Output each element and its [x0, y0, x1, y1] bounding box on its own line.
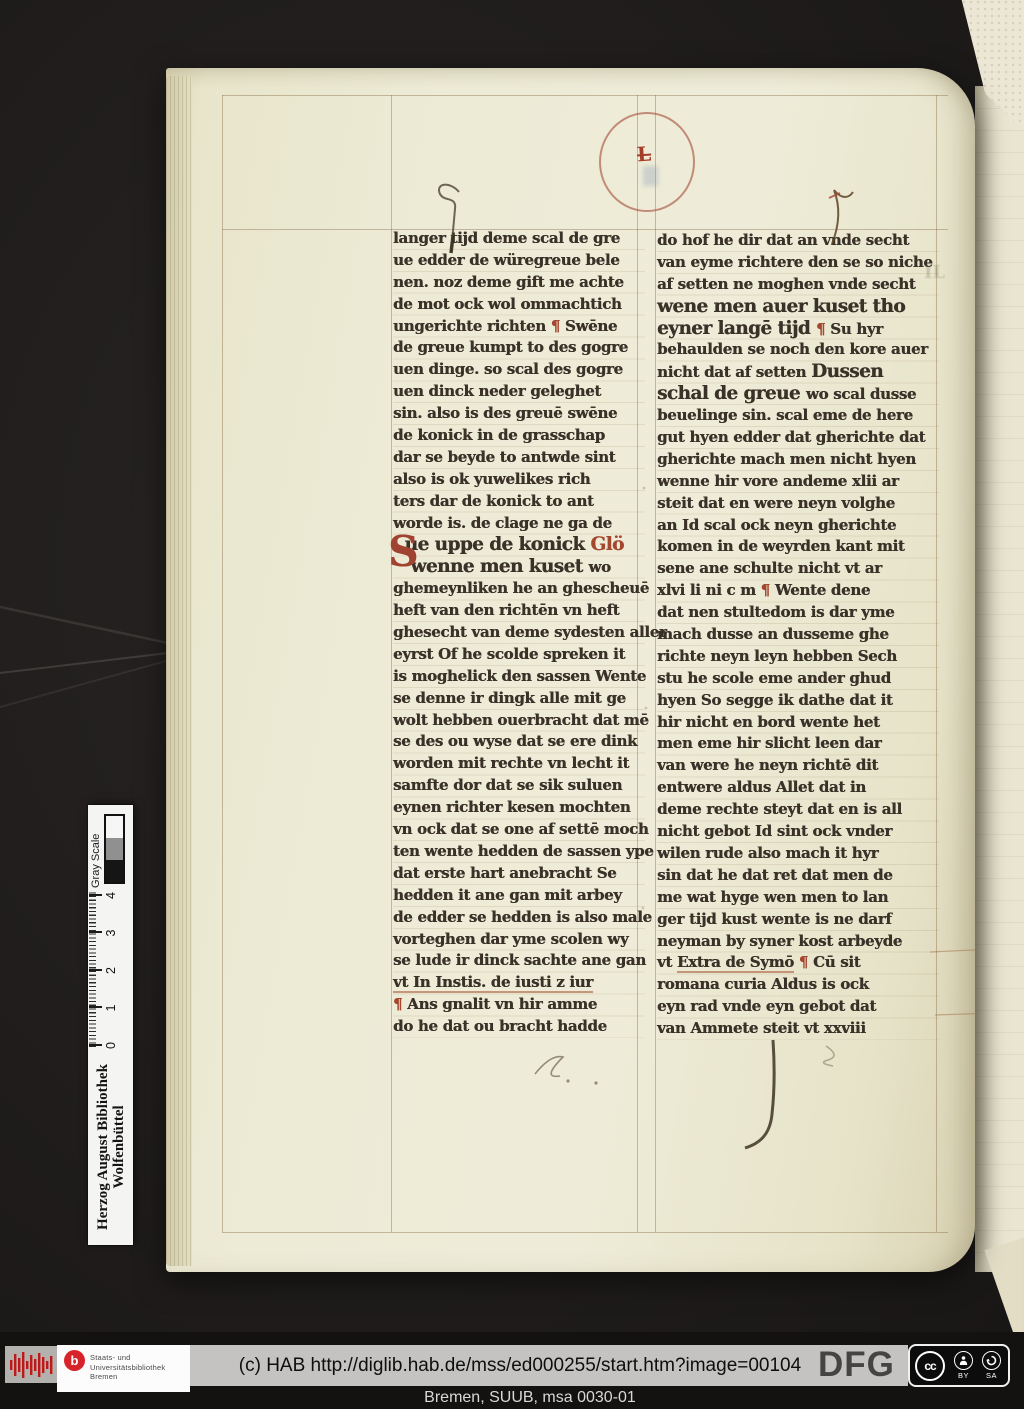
suub-bremen-logo: b Staats- und Universitätsbibliothek Bre… [57, 1345, 190, 1392]
gray-scale-label: Gray Scale [90, 805, 102, 888]
bremen-b-icon: b [64, 1350, 85, 1371]
ruler-cm-mark: 4 [89, 892, 118, 896]
bremen-logo-line1: Staats- und [90, 1353, 165, 1363]
facing-page-sliver [975, 86, 1024, 1272]
bremen-logo-line2: Universitätsbibliothek [90, 1363, 165, 1373]
cc-icon: cc [915, 1351, 945, 1381]
cc-by-label: BY [958, 1371, 969, 1380]
dfg-logo: DFG [818, 1346, 895, 1384]
cc-sa-label: SA [986, 1371, 997, 1380]
ruler-cm-mark: 3 [89, 930, 118, 934]
gray-scale-section: Gray Scale [88, 805, 133, 891]
patch-gray [106, 838, 123, 860]
soundbars-icon [9, 1351, 53, 1379]
cc-sa-block: SA [982, 1351, 1001, 1380]
patch-white [106, 816, 123, 838]
calibration-scalebar: Herzog August Bibliothek Wolfenbüttel 01… [88, 805, 133, 1245]
pen-flourishes [166, 68, 975, 1272]
shelfmark-caption: Bremen, SUUB, msa 0030-01 [36, 1389, 1024, 1407]
institution-line2: Wolfenbüttel [111, 1049, 127, 1245]
ruler-cm-mark: 2 [89, 967, 118, 971]
copyright-text: (c) HAB http://diglib.hab.de/mss/ed00025… [239, 1355, 859, 1377]
bremen-logo-text: Staats- und Universitätsbibliothek Breme… [90, 1353, 165, 1382]
cc-by-block: BY [954, 1351, 973, 1380]
cc-sa-arrow-icon [982, 1351, 1001, 1370]
digitized-manuscript-viewer: { "manuscript": { "folio_mark": "L", "in… [0, 0, 1024, 1409]
ruler-cm-mark: 1 [89, 1005, 118, 1009]
manuscript-page: L langer tijd deme scal de greue edder d… [166, 68, 975, 1272]
cm-ruler: 01234 [88, 891, 133, 1049]
copyright-bar: (c) HAB http://diglib.hab.de/mss/ed00025… [190, 1345, 908, 1386]
ruler-cm-mark: 0 [89, 1042, 118, 1046]
institution-label: Herzog August Bibliothek Wolfenbüttel [88, 1049, 133, 1245]
institution-line1: Herzog August Bibliothek [95, 1049, 111, 1245]
suub-soundbars-logo [5, 1346, 57, 1383]
patch-black [106, 860, 123, 882]
bremen-logo-line3: Bremen [90, 1372, 165, 1382]
gray-scale-patches [104, 814, 125, 884]
cc-license-badge: cc BY SA [908, 1344, 1010, 1387]
cc-by-person-icon [954, 1351, 973, 1370]
